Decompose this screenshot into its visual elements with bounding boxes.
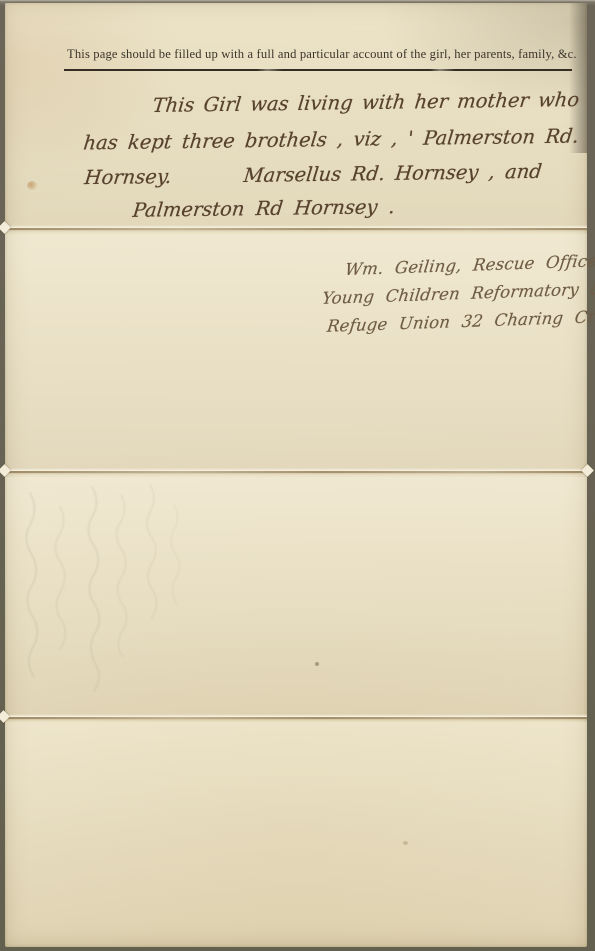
fox-spot xyxy=(27,181,37,190)
bleed-through-marks xyxy=(8,481,208,721)
handwriting-gap xyxy=(171,182,243,183)
printed-instruction: This page should be filled up with a ful… xyxy=(67,47,572,62)
faint-speck xyxy=(403,841,408,845)
handwritten-line-3a: Hornsey. xyxy=(83,165,172,189)
handwritten-line-3b: Marsellus Rd. Hornsey , and xyxy=(242,160,543,187)
scanned-document-page: { "document": { "printed_header": "This … xyxy=(0,0,595,951)
ink-speck xyxy=(315,662,319,666)
header-rule xyxy=(64,69,572,71)
paper-panel-4 xyxy=(5,722,587,947)
crease-shadow xyxy=(5,473,587,475)
paper-sheet: This page should be filled up with a ful… xyxy=(5,3,587,947)
signature-block: Wm. Geiling, Rescue Officer Young Childr… xyxy=(319,247,595,341)
handwritten-line-4: Palmerston Rd Hornsey . xyxy=(132,195,397,222)
crease-shadow xyxy=(5,230,587,232)
fold-crease-1 xyxy=(5,225,587,231)
paper-panel-1 xyxy=(5,3,587,228)
fold-crease-2 xyxy=(5,468,587,474)
